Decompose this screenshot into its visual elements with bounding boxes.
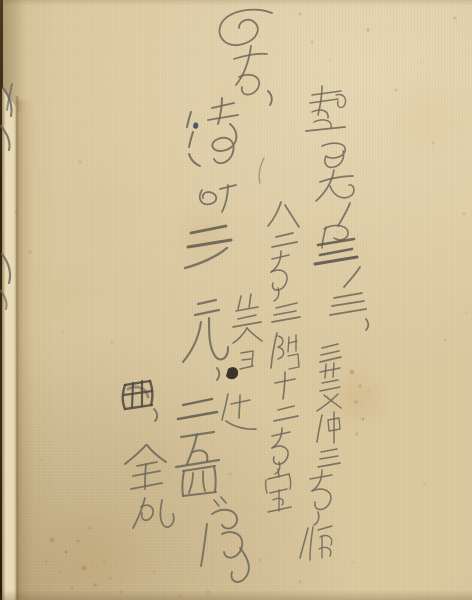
stain-layer — [0, 0, 472, 600]
foxing-spot — [361, 417, 365, 421]
foxing-spot — [462, 212, 466, 216]
foxing-spot — [354, 400, 358, 404]
foxing-spot — [81, 565, 87, 571]
page-edge — [2, 88, 17, 600]
handwriting-name-column — [123, 381, 174, 528]
foxing-spot — [443, 338, 447, 342]
foxing-spot — [367, 390, 370, 393]
foxing-spot — [349, 369, 354, 374]
handwriting-svg — [0, 0, 472, 600]
foxing-spot — [298, 12, 302, 16]
foxing-spot — [152, 570, 156, 574]
foxing-spot — [423, 483, 426, 486]
stain-blotch — [204, 56, 276, 128]
foxing-spot — [366, 28, 370, 32]
foxing-spot — [110, 340, 114, 344]
page-crease-shadow — [17, 100, 33, 600]
foxing-spot — [64, 550, 68, 554]
foxing-spot — [337, 231, 340, 234]
foxing-spot — [298, 580, 302, 584]
foxing-spot — [49, 537, 55, 543]
foxing-spot — [88, 526, 92, 530]
handwriting-room-column — [259, 158, 300, 512]
foxing-spot — [329, 59, 332, 62]
foxing-spot — [58, 570, 62, 574]
foxing-spot — [258, 35, 261, 38]
top-edge-shading — [0, 0, 472, 6]
foxing-spot — [39, 459, 42, 462]
stain-blotch — [382, 72, 472, 164]
foxing-spot — [358, 384, 362, 388]
handwriting-top-note — [219, 10, 272, 105]
stain-blotch — [116, 436, 184, 504]
foxing-spot — [61, 331, 64, 334]
foxing-spot — [394, 88, 397, 91]
foxing-spot — [453, 16, 457, 20]
paper-texture — [0, 0, 472, 600]
foxing-spot — [310, 40, 313, 43]
foxing-spot — [465, 311, 468, 314]
stain-blotch — [290, 210, 370, 290]
stain-blotch — [171, 201, 239, 269]
foxing-spot — [389, 479, 392, 482]
handwriting-address-column — [300, 86, 368, 560]
handwriting-number-column — [176, 399, 249, 582]
stain-blotch — [328, 368, 388, 428]
stain-blotch — [43, 503, 147, 600]
handwriting-minato-column — [183, 98, 238, 380]
foxing-spot — [108, 576, 111, 579]
foxing-spot — [139, 519, 142, 522]
foxing-spot — [258, 558, 261, 561]
stain-blotch — [55, 155, 145, 245]
foxing-spot — [228, 472, 231, 475]
scanned-page — [0, 0, 472, 600]
foxing-spot — [45, 560, 48, 563]
handwriting-middle-column — [222, 294, 262, 429]
foxing-spot — [261, 121, 264, 124]
foxing-spot — [76, 539, 81, 544]
foxing-spot — [351, 561, 354, 564]
foxing-spot — [93, 583, 97, 587]
foxing-spot — [355, 432, 359, 436]
foxing-spot — [431, 141, 435, 145]
foxing-spot — [102, 559, 106, 563]
foxing-spot — [420, 61, 423, 64]
foxing-spot — [78, 160, 83, 165]
bottom-edge-shading — [0, 590, 472, 600]
